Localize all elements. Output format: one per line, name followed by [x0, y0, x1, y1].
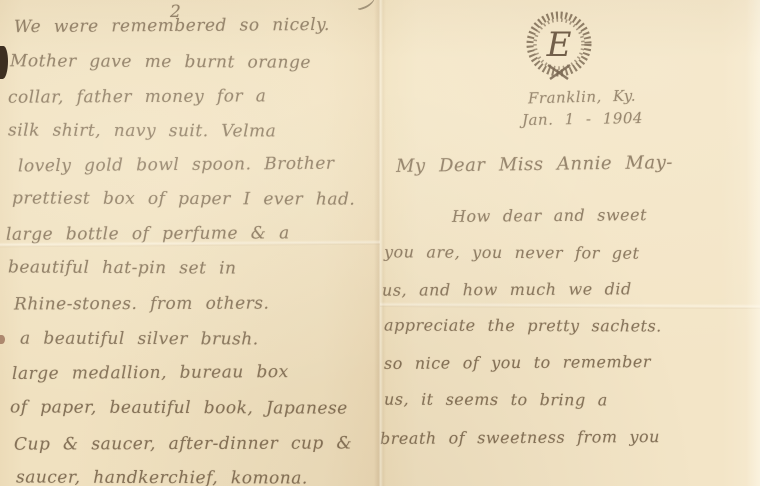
letter-date: Jan. 1 - 1904 — [522, 109, 643, 129]
handwritten-line: How dear and sweet — [452, 205, 647, 226]
handwritten-line: us, it seems to bring a — [384, 390, 608, 410]
handwritten-line: Cup & saucer, after-dinner cup & — [14, 433, 352, 454]
letter-place: Franklin, Ky. — [528, 87, 636, 108]
handwritten-line: beautiful hat-pin set in — [8, 257, 237, 278]
handwritten-line: prettiest box of paper I ever had. — [12, 188, 355, 209]
handwritten-line: breath of sweetness from you — [380, 427, 660, 448]
handwritten-line: Mother gave me burnt orange — [10, 51, 311, 73]
handwritten-line: We were remembered so nicely. — [14, 15, 330, 37]
handwritten-line: a beautiful silver brush. — [20, 329, 259, 350]
handwritten-line: collar, father money for a — [8, 86, 267, 107]
handwritten-line: of paper, beautiful book, Japanese — [10, 397, 348, 418]
handwritten-line: large medallion, bureau box — [12, 362, 289, 384]
letter-scan: 2 We were remembered so nicely. Mother g… — [0, 0, 760, 486]
monogram-letter: E — [546, 25, 572, 65]
monogram-crest: E — [514, 5, 604, 83]
handwritten-line: so nice of you to remember — [384, 352, 651, 373]
letter-salutation: My Dear Miss Annie May- — [396, 152, 673, 177]
handwritten-line: silk shirt, navy suit. Velma — [8, 121, 276, 142]
handwritten-line: lovely gold bowl spoon. Brother — [18, 154, 335, 177]
handwritten-line: appreciate the pretty sachets. — [384, 316, 662, 336]
handwritten-line: you are, you never for get — [384, 242, 640, 262]
handwritten-line: Rhine-stones. from others. — [14, 294, 269, 315]
page-edge-highlight — [746, 0, 760, 486]
handwritten-line: us, and how much we did — [382, 279, 632, 299]
handwritten-line: saucer, handkerchief, komona. — [16, 467, 308, 486]
